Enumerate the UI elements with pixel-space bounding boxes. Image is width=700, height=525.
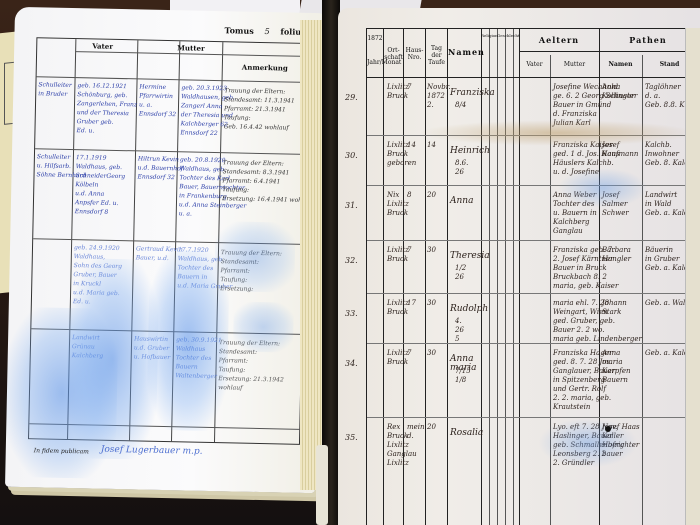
header-tag: Tag der Taufe (426, 45, 447, 66)
row-number: 30. (345, 151, 358, 160)
entry-pathen-stand: Geb. a. Wald (645, 299, 690, 308)
entry-ort: Lixlitz Bruck (387, 349, 409, 367)
row-number: 31. (345, 201, 358, 210)
row-divider (367, 343, 697, 344)
right-page: 1872 Jahr/Monat Ort-schaft Haus-Nro. Tag… (338, 8, 700, 525)
header-mutter: Mutter (177, 43, 205, 53)
column-divider (513, 29, 514, 525)
entry-name: Rosalia (450, 429, 483, 438)
entry-name: Theresia (450, 252, 490, 261)
entry-mutter: Hiltrun Kevin u.d. Bauernhof Ennsdorf 32 (137, 154, 183, 182)
row-divider (367, 240, 697, 241)
tomus-label: Tomus (225, 25, 254, 36)
entry-ort: Lixlitz Bruck (387, 299, 409, 317)
column-divider (425, 29, 426, 525)
column-divider (489, 29, 490, 525)
entry-haus: 14 (407, 141, 416, 150)
row-number: 29. (345, 93, 358, 102)
header-eltern: Aeltern (519, 35, 599, 45)
year-label: 1872 (367, 35, 383, 42)
entry-haus: 8 (407, 191, 411, 200)
blue-stain (558, 168, 648, 208)
entry-extra: 8/4 (455, 101, 466, 110)
entry-name: Anna (450, 197, 473, 206)
entry-pathen-namen: Anna Kollinger (602, 83, 634, 101)
entry-name: Heinrich (450, 147, 490, 156)
header-haus: Haus-Nro. (404, 47, 425, 61)
entry-tag: 20 (427, 423, 436, 432)
blue-stain (538, 418, 638, 468)
column-divider (519, 29, 520, 525)
row-number: 35. (345, 433, 358, 442)
tan-stain (418, 120, 698, 146)
footer-label: In fidem publicam (34, 447, 89, 455)
header-eltern-mutter: Mutter (550, 61, 599, 68)
entry-col1: Schulleiter in Bruder (38, 80, 72, 99)
header-anmerkung: Anmerkung (242, 63, 288, 73)
entry-pathen-namen: Johann Stark (602, 299, 627, 317)
water-stain (233, 301, 294, 352)
entry-extra: 4. 26 5 (455, 317, 464, 344)
row-divider (367, 293, 697, 294)
header-month: Jahr/Monat (367, 59, 383, 66)
entry-anmerkung: Trauung der Eltern: Standesamt: 11.3.194… (224, 86, 296, 132)
entry-vater: geb. 16.12.1921 Schönburg, geb. Zangerle… (76, 81, 137, 136)
column-divider (481, 29, 482, 525)
header-pathen: Pathen (599, 35, 697, 45)
entry-haus: 17 (407, 299, 416, 308)
entry-ort: Lixlitz Bruck (387, 246, 409, 264)
entry-extra: 8.6. 26 (455, 159, 468, 177)
row-number: 32. (345, 256, 358, 265)
water-stain (214, 221, 295, 293)
entry-haus: mein d. (407, 423, 425, 441)
column-divider (497, 29, 498, 525)
header-vater: Vater (92, 41, 113, 50)
entry-name: Franziska (450, 89, 495, 98)
row-number: 33. (345, 309, 358, 318)
entry-extra: 1/2 26 (455, 264, 466, 282)
row-number: 34. (345, 359, 358, 368)
entry-haus: 7 (407, 83, 411, 92)
row-divider (367, 417, 697, 418)
entry-extra: 7/15 1/8 (455, 367, 471, 385)
entry-tag: Novbr. 1872 2. (427, 83, 451, 110)
entry-tag: 20 (427, 191, 436, 200)
header-pathen-namen: Namen (599, 61, 642, 68)
tomus-value: 5 (264, 27, 269, 36)
column-divider (383, 29, 384, 525)
entry-haus: 7 (407, 246, 411, 255)
header-namen: Namen (448, 47, 481, 57)
entry-ort: Nix Lixlitz Bruck (387, 191, 409, 218)
entry-ort: Lixlitz Bruck (387, 83, 409, 101)
entry-name: Rudolph (450, 305, 488, 314)
entry-tag: 30 (427, 349, 436, 358)
footer-signature: Josef Lugerbauer m.p. (101, 445, 203, 457)
header-eltern-vater: Vater (519, 61, 550, 68)
header-divider (519, 51, 697, 52)
header-geschlecht: Geschlecht (497, 33, 513, 38)
bookmark-strip (316, 445, 328, 525)
left-page: Tomus 5 folium 63 Vater Mutter Anmerkung… (5, 7, 325, 493)
right-register-table: 1872 Jahr/Monat Ort-schaft Haus-Nro. Tag… (366, 28, 698, 525)
entry-mutter: Hermine Pfarrwirtin u. a. Ennsdorf 32 (139, 82, 177, 119)
entry-pathen-namen: Barbara Hangler (602, 246, 631, 264)
entry-tag: 30 (427, 299, 436, 308)
header-ort: Ort-schaft (384, 47, 403, 61)
next-page-edge (685, 28, 700, 525)
ink-blot (605, 426, 611, 432)
entry-haus: 7 (407, 349, 411, 358)
entry-pathen-namen: Anna maria Karpfen Bauern (602, 349, 630, 385)
entry-vater: 17.1.1919 Waldhaus, geb. SchneiderGeorg … (75, 153, 126, 217)
column-divider (505, 29, 506, 525)
header-bottom (367, 77, 697, 78)
entry-tag: 30 (427, 246, 436, 255)
entry-mutter: maria ehl. 7. 28 Weingart, Wien ged. Gru… (553, 299, 642, 344)
page-edges (300, 20, 324, 490)
header-religion: Religion (481, 33, 497, 38)
